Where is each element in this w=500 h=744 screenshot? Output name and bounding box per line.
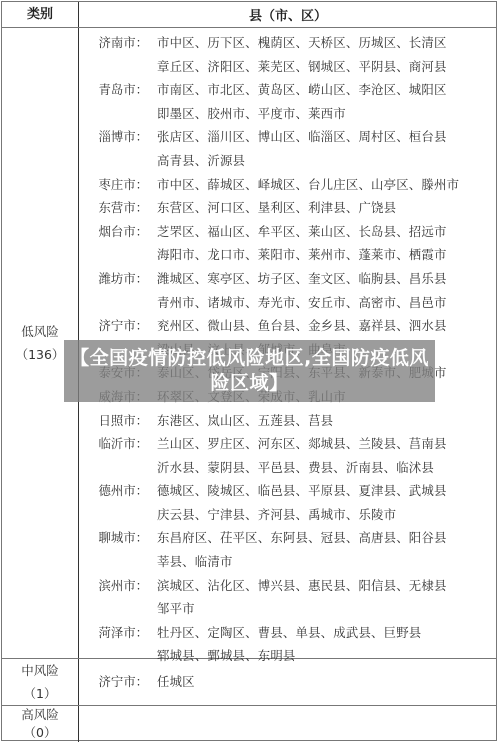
district-list: 东港区、岚山区、五莲县、莒县 <box>157 409 333 433</box>
overlay-title: 【全国疫情防控低风险地区,全国防疫低风险区域】 <box>70 346 430 396</box>
header-category: 类别 <box>2 2 79 27</box>
city-entry: 济宁市： 任城区 <box>80 670 496 694</box>
district-list: 市中区、薛城区、峄城区、台儿庄区、山亭区、滕州市 <box>157 173 459 197</box>
district-list: 滨城区、沾化区、博兴县、惠民县、阳信县、无棣县 <box>157 574 447 598</box>
city-entry: 东营市：东营区、河口区、垦利区、利津县、广饶县 <box>80 196 496 220</box>
title-overlay-banner: 【全国疫情防控低风险地区,全国防疫低风险区域】 <box>64 340 435 402</box>
city-name: 东营市： <box>98 196 148 220</box>
district-list: 兰山区、罗庄区、河东区、郯城县、兰陵县、莒南县 <box>157 432 447 456</box>
city-entry-continuation: 邹平市 <box>80 597 496 621</box>
high-risk-regions <box>80 706 496 742</box>
city-name: 青岛市： <box>98 78 148 102</box>
city-name: 济宁市： <box>98 314 148 338</box>
city-entry-continuation: 高青县、沂源县 <box>80 149 496 173</box>
city-name: 烟台市： <box>98 220 148 244</box>
district-list: 即墨区、胶州市、平度市、莱西市 <box>157 102 346 126</box>
city-entry: 临沂市：兰山区、罗庄区、河东区、郯城县、兰陵县、莒南县 <box>80 432 496 456</box>
city-entry: 滨州市：滨城区、沾化区、博兴县、惠民县、阳信县、无棣县 <box>80 574 496 598</box>
district-list: 牡丹区、定陶区、曹县、单县、成武县、巨野县 <box>157 621 421 645</box>
district-list: 张店区、淄川区、博山区、临淄区、周村区、桓台县 <box>157 125 447 149</box>
table-header-row: 类别 县（市、区） <box>2 2 496 28</box>
district-list: 庆云县、宁津县、齐河县、禹城市、乐陵市 <box>157 503 396 527</box>
city-name: 临沂市： <box>98 432 148 456</box>
header-regions: 县（市、区） <box>80 2 496 27</box>
city-name: 枣庄市： <box>98 173 148 197</box>
city-entry: 潍坊市：潍城区、寒亭区、坊子区、奎文区、临朐县、昌乐县 <box>80 267 496 291</box>
category-label: 低风险 <box>21 320 59 343</box>
high-risk-row: 高风险 （0） <box>2 706 496 742</box>
category-label: 高风险 <box>21 706 59 724</box>
district-list: 章丘区、济阳区、莱芜区、钢城区、平阴县、商河县 <box>157 55 447 79</box>
city-name: 聊城市： <box>98 526 148 550</box>
district-list: 沂水县、蒙阴县、平邑县、费县、沂南县、临沭县 <box>157 456 434 480</box>
district-list: 东营区、河口区、垦利区、利津县、广饶县 <box>157 196 396 220</box>
city-entry: 淄博市：张店区、淄川区、博山区、临淄区、周村区、桓台县 <box>80 125 496 149</box>
district-list: 市中区、历下区、槐荫区、天桥区、历城区、长清区 <box>157 31 447 55</box>
city-entry-continuation: 青州市、诸城市、寿光市、安丘市、高密市、昌邑市 <box>80 291 496 315</box>
category-count: （0） <box>24 724 57 742</box>
district-list: 邹平市 <box>157 597 195 621</box>
city-entry-continuation: 海阳市、龙口市、莱阳市、莱州市、蓬莱市、栖霞市 <box>80 243 496 267</box>
city-entry: 日照市：东港区、岚山区、五莲县、莒县 <box>80 409 496 433</box>
city-name: 德州市： <box>98 479 148 503</box>
category-count: （136） <box>16 343 65 366</box>
district-list: 潍城区、寒亭区、坊子区、奎文区、临朐县、昌乐县 <box>157 267 447 291</box>
city-entry: 德州市：德城区、陵城区、临邑县、平原县、夏津县、武城县 <box>80 479 496 503</box>
category-label: 中风险 <box>21 659 59 682</box>
district-list: 德城区、陵城区、临邑县、平原县、夏津县、武城县 <box>157 479 447 503</box>
city-entry-continuation: 即墨区、胶州市、平度市、莱西市 <box>80 102 496 126</box>
high-risk-category: 高风险 （0） <box>2 706 79 742</box>
city-name: 滨州市： <box>98 574 148 598</box>
district-list: 高青县、沂源县 <box>157 149 245 173</box>
mid-risk-row: 中风险 （1） 济宁市： 任城区 <box>2 659 496 706</box>
city-entry-continuation: 莘县、临清市 <box>80 550 496 574</box>
city-entry: 济宁市：兖州区、微山县、鱼台县、金乡县、嘉祥县、泗水县 <box>80 314 496 338</box>
district-list: 芝罘区、福山区、牟平区、莱山区、长岛县、招远市 <box>157 220 447 244</box>
city-entry-continuation: 沂水县、蒙阴县、平邑县、费县、沂南县、临沭县 <box>80 456 496 480</box>
city-name: 淄博市： <box>98 125 148 149</box>
city-entry-continuation: 庆云县、宁津县、齐河县、禹城市、乐陵市 <box>80 503 496 527</box>
city-name: 济南市： <box>98 31 148 55</box>
city-name: 日照市： <box>98 409 148 433</box>
city-name: 菏泽市： <box>98 621 148 645</box>
city-entry: 烟台市：芝罘区、福山区、牟平区、莱山区、长岛县、招远市 <box>80 220 496 244</box>
city-entry: 聊城市：东昌府区、茌平区、东阿县、冠县、高唐县、阳谷县 <box>80 526 496 550</box>
district-list: 海阳市、龙口市、莱阳市、莱州市、蓬莱市、栖霞市 <box>157 243 447 267</box>
city-entry: 济南市：市中区、历下区、槐荫区、天桥区、历城区、长清区 <box>80 31 496 55</box>
district-list: 莘县、临清市 <box>157 550 233 574</box>
mid-risk-regions: 济宁市： 任城区 <box>80 659 496 705</box>
district-list: 市南区、市北区、黄岛区、崂山区、李沧区、城阳区 <box>157 78 447 102</box>
city-entry: 菏泽市：牡丹区、定陶区、曹县、单县、成武县、巨野县 <box>80 621 496 645</box>
district-list: 青州市、诸城市、寿光市、安丘市、高密市、昌邑市 <box>157 291 447 315</box>
city-name: 潍坊市： <box>98 267 148 291</box>
district-list: 兖州区、微山县、鱼台县、金乡县、嘉祥县、泗水县 <box>157 314 447 338</box>
category-count: （1） <box>24 682 57 705</box>
mid-risk-category: 中风险 （1） <box>2 659 79 705</box>
city-entry: 青岛市：市南区、市北区、黄岛区、崂山区、李沧区、城阳区 <box>80 78 496 102</box>
city-name: 济宁市： <box>98 670 148 694</box>
district-list: 任城区 <box>157 670 195 694</box>
district-list: 东昌府区、茌平区、东阿县、冠县、高唐县、阳谷县 <box>157 526 447 550</box>
city-entry-continuation: 章丘区、济阳区、莱芜区、钢城区、平阴县、商河县 <box>80 55 496 79</box>
city-entry: 枣庄市：市中区、薛城区、峄城区、台儿庄区、山亭区、滕州市 <box>80 173 496 197</box>
